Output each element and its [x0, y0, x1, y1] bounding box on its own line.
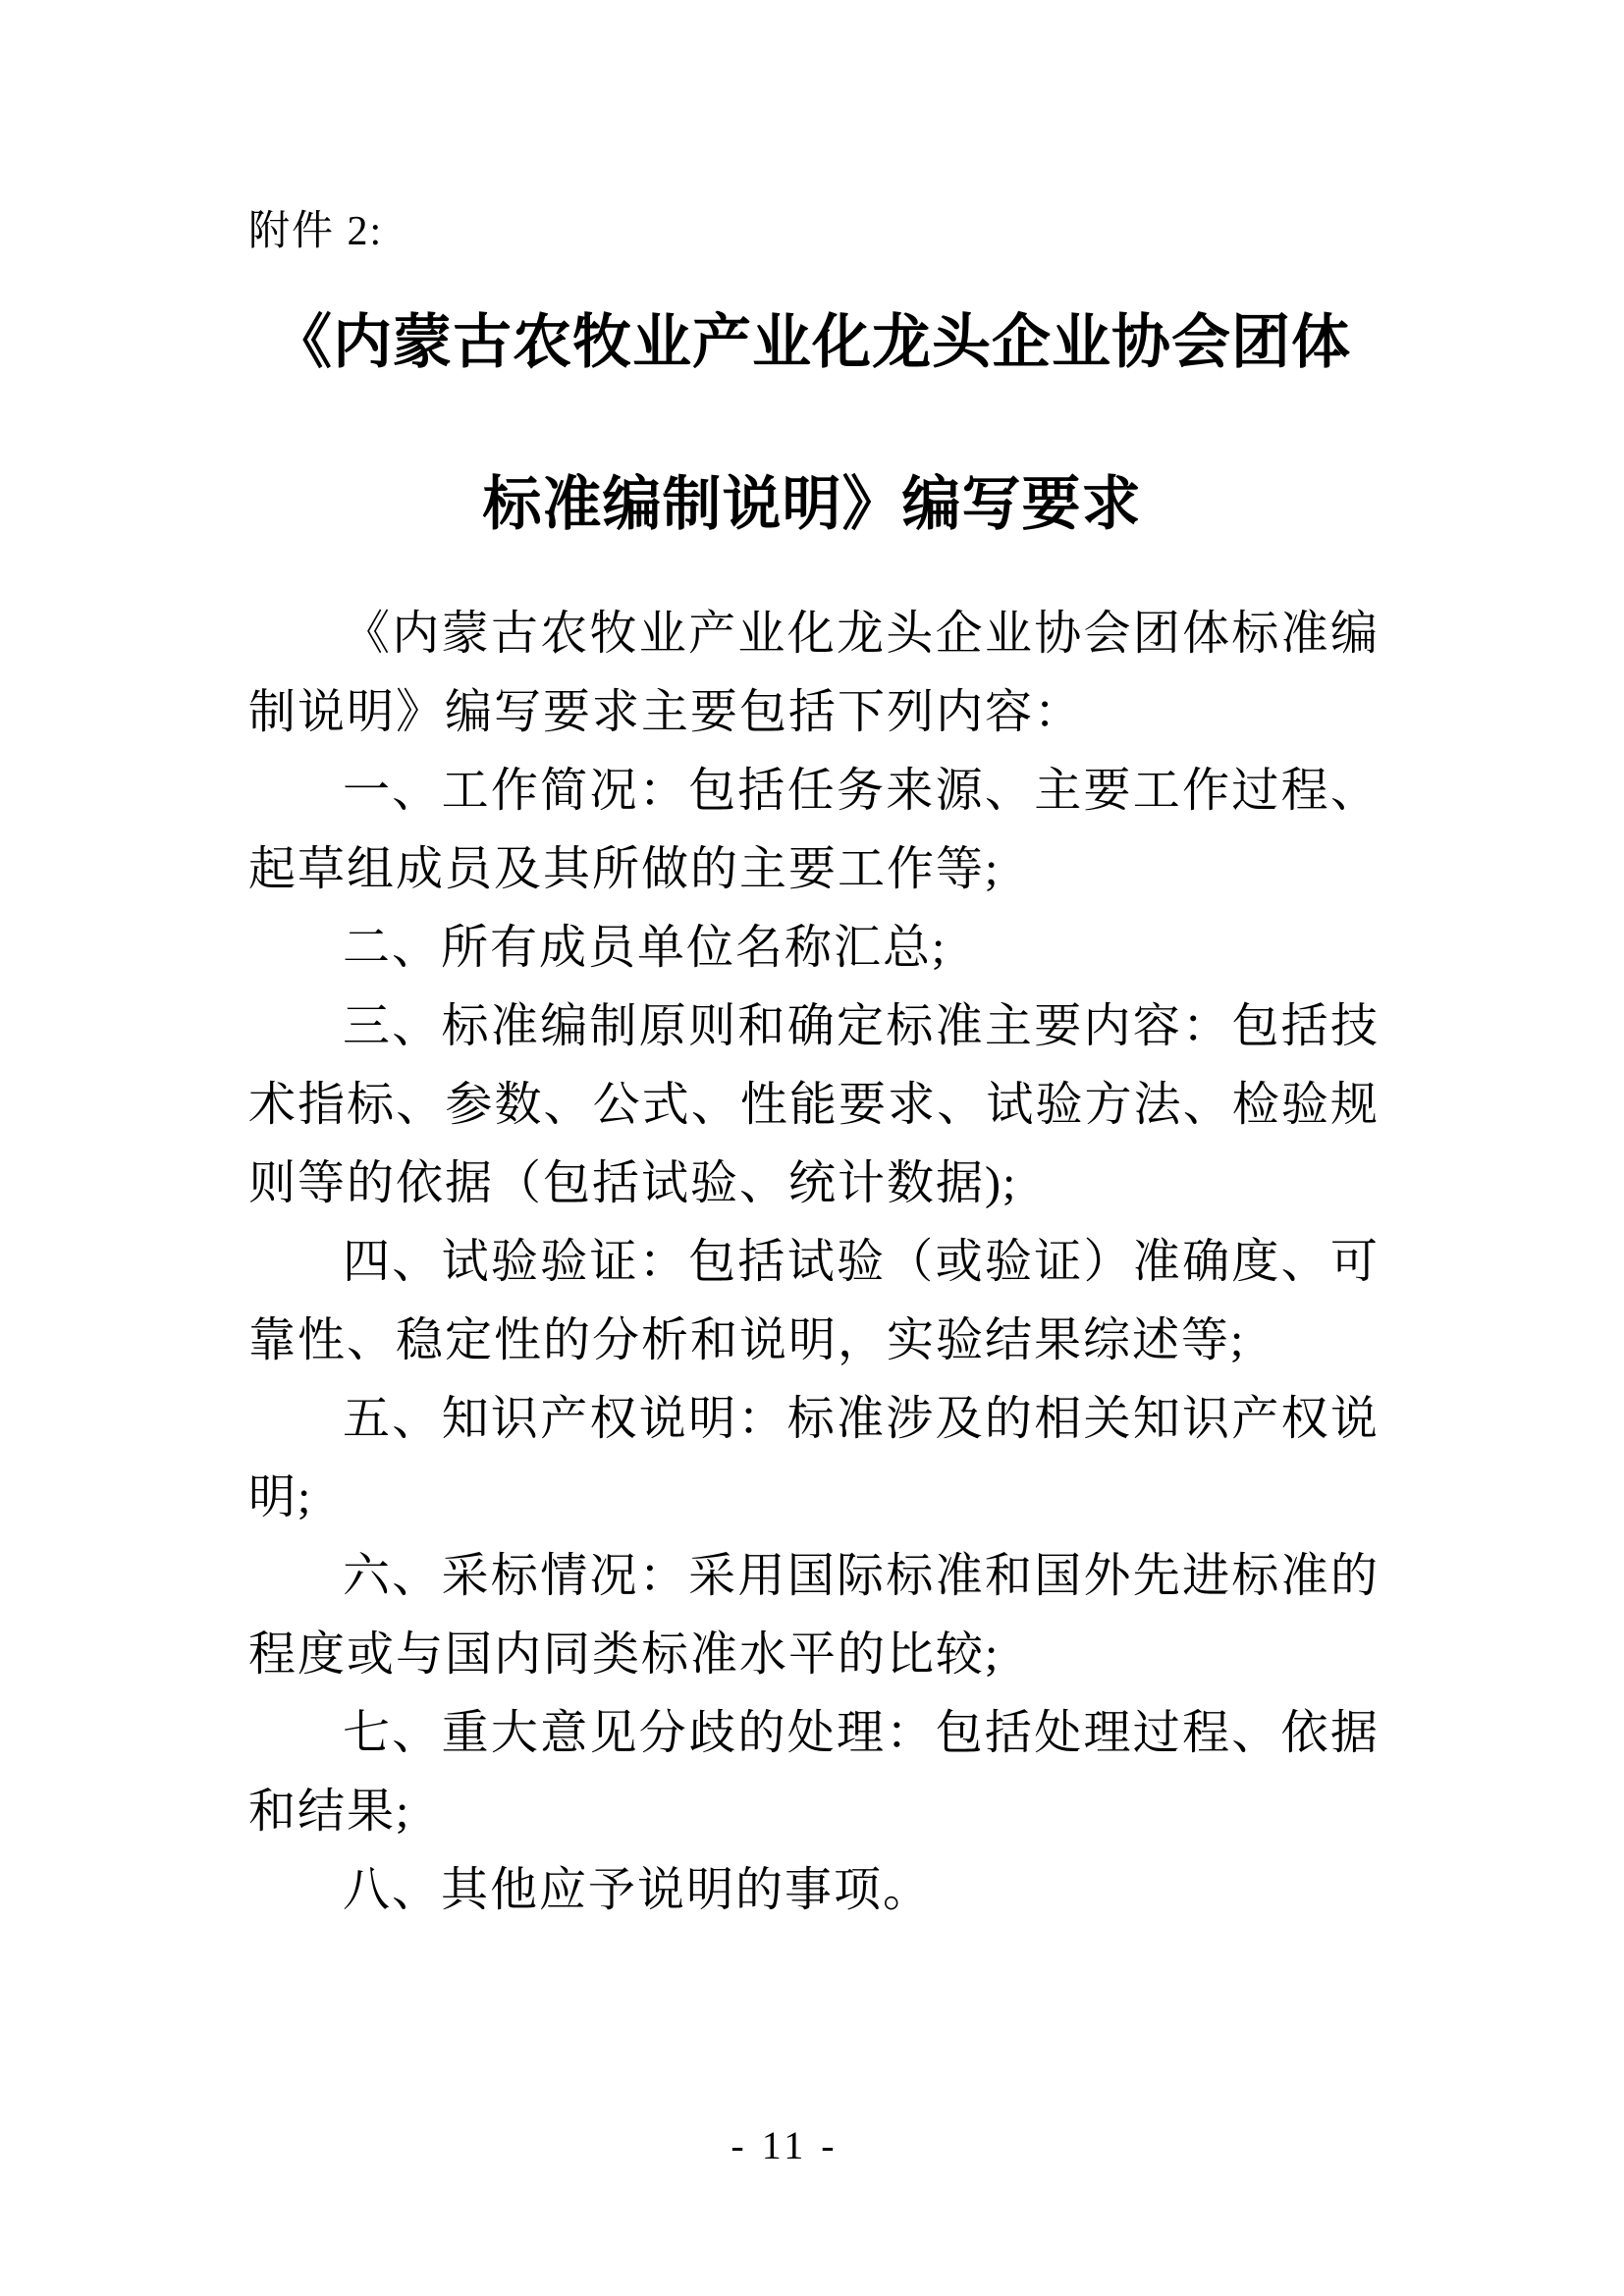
document-page: 附件 2: 《内蒙古农牧业产业化龙头企业协会团体 标准编制说明》编写要求 《内蒙… — [0, 0, 1624, 2296]
page-number: - 11 - — [0, 2124, 1569, 2167]
paragraph: 《内蒙古农牧业产业化龙头企业协会团体标准编制说明》编写要求主要包括下列内容： — [248, 595, 1380, 752]
paragraph: 七、重大意见分歧的处理：包括处理过程、依据和结果; — [248, 1694, 1380, 1851]
paragraph: 四、试验验证：包括试验（或验证）准确度、可靠性、稳定性的分析和说明，实验结果综述… — [248, 1223, 1380, 1380]
paragraph: 一、工作简况：包括任务来源、主要工作过程、起草组成员及其所做的主要工作等; — [248, 752, 1380, 909]
paragraph: 八、其他应予说明的事项。 — [248, 1851, 1380, 1930]
document-body: 《内蒙古农牧业产业化龙头企业协会团体标准编制说明》编写要求主要包括下列内容：一、… — [248, 595, 1380, 1930]
paragraph: 五、知识产权说明：标准涉及的相关知识产权说明; — [248, 1380, 1380, 1537]
paragraph: 六、采标情况：采用国际标准和国外先进标准的程度或与国内同类标准水平的比较; — [248, 1537, 1380, 1694]
paragraph: 二、所有成员单位名称汇总; — [248, 909, 1380, 988]
title-line-2: 标准编制说明》编写要求 — [0, 468, 1624, 541]
attachment-label: 附件 2: — [248, 204, 383, 259]
document-title: 《内蒙古农牧业产业化龙头企业协会团体 标准编制说明》编写要求 — [0, 306, 1624, 541]
paragraph: 三、标准编制原则和确定标准主要内容：包括技术指标、参数、公式、性能要求、试验方法… — [248, 988, 1380, 1223]
title-line-1: 《内蒙古农牧业产业化龙头企业协会团体 — [0, 306, 1624, 379]
